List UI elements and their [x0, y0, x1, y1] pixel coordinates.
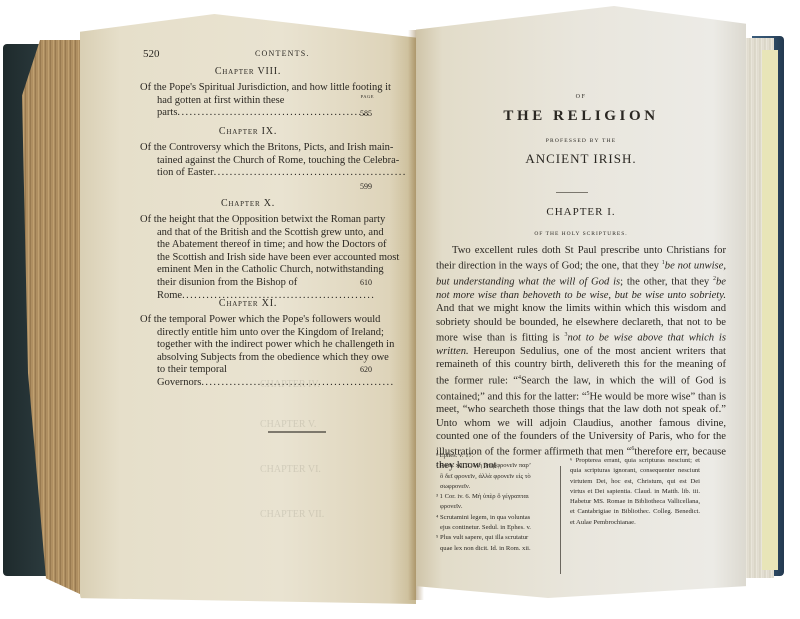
- chapter-heading: Chapter X.: [80, 198, 416, 209]
- contents-page-ref: 599: [360, 182, 372, 191]
- body-text: Two excellent rules doth St Paul prescri…: [436, 244, 726, 473]
- right-endpaper: [762, 50, 778, 570]
- footnotes-right: ⁶ Propterea errant, quia scripturas nesc…: [570, 456, 700, 528]
- book-title: THE RELIGION: [416, 108, 746, 125]
- contents-entry: Of the Controversy which the Britons, Pi…: [140, 142, 416, 180]
- contents-entry: Of the Pope's Spiritual Jurisdiction, an…: [140, 82, 416, 120]
- chapter-heading: Chapter VIII.: [80, 66, 416, 77]
- title-professed: PROFESSED BY THE: [416, 138, 746, 144]
- page-number: 520: [143, 48, 160, 60]
- right-page: OF THE RELIGION PROFESSED BY THE ANCIENT…: [416, 6, 746, 598]
- contents-entry: Of the height that the Opposition betwix…: [140, 214, 416, 302]
- title-rule: [556, 192, 588, 193]
- open-book: 520 CONTENTS. PAGE Chapter VIII. Of the …: [0, 0, 800, 619]
- chapter-heading: Chapter XI.: [80, 298, 416, 309]
- chapter-heading: CHAPTER I.: [416, 206, 746, 218]
- left-page: 520 CONTENTS. PAGE Chapter VIII. Of the …: [80, 14, 416, 604]
- contents-page-ref: 620: [360, 365, 372, 374]
- show-through-text: CHAPTER V.: [260, 419, 316, 430]
- footnotes-left: ¹ Ephes. v. 17. ² Rom. xii. 3. Μὴ ὑπερφρ…: [436, 451, 556, 554]
- chapter-heading: Chapter IX.: [80, 126, 416, 137]
- contents-page-ref: 585: [360, 109, 372, 118]
- show-through-rule: [268, 431, 326, 433]
- book-subtitle: ANCIENT IRISH.: [416, 151, 746, 167]
- chapter-title: OF THE HOLY SCRIPTURES.: [416, 231, 746, 237]
- contents-page-ref: 610: [360, 278, 372, 287]
- footnote-column-rule: [560, 466, 561, 574]
- show-through-text: CHAPTER IV.: [260, 379, 320, 390]
- show-through-text: CHAPTER VII.: [260, 509, 324, 520]
- running-head: CONTENTS.: [255, 49, 310, 58]
- title-of: OF: [416, 94, 746, 100]
- show-through-text: CHAPTER VI.: [260, 464, 321, 475]
